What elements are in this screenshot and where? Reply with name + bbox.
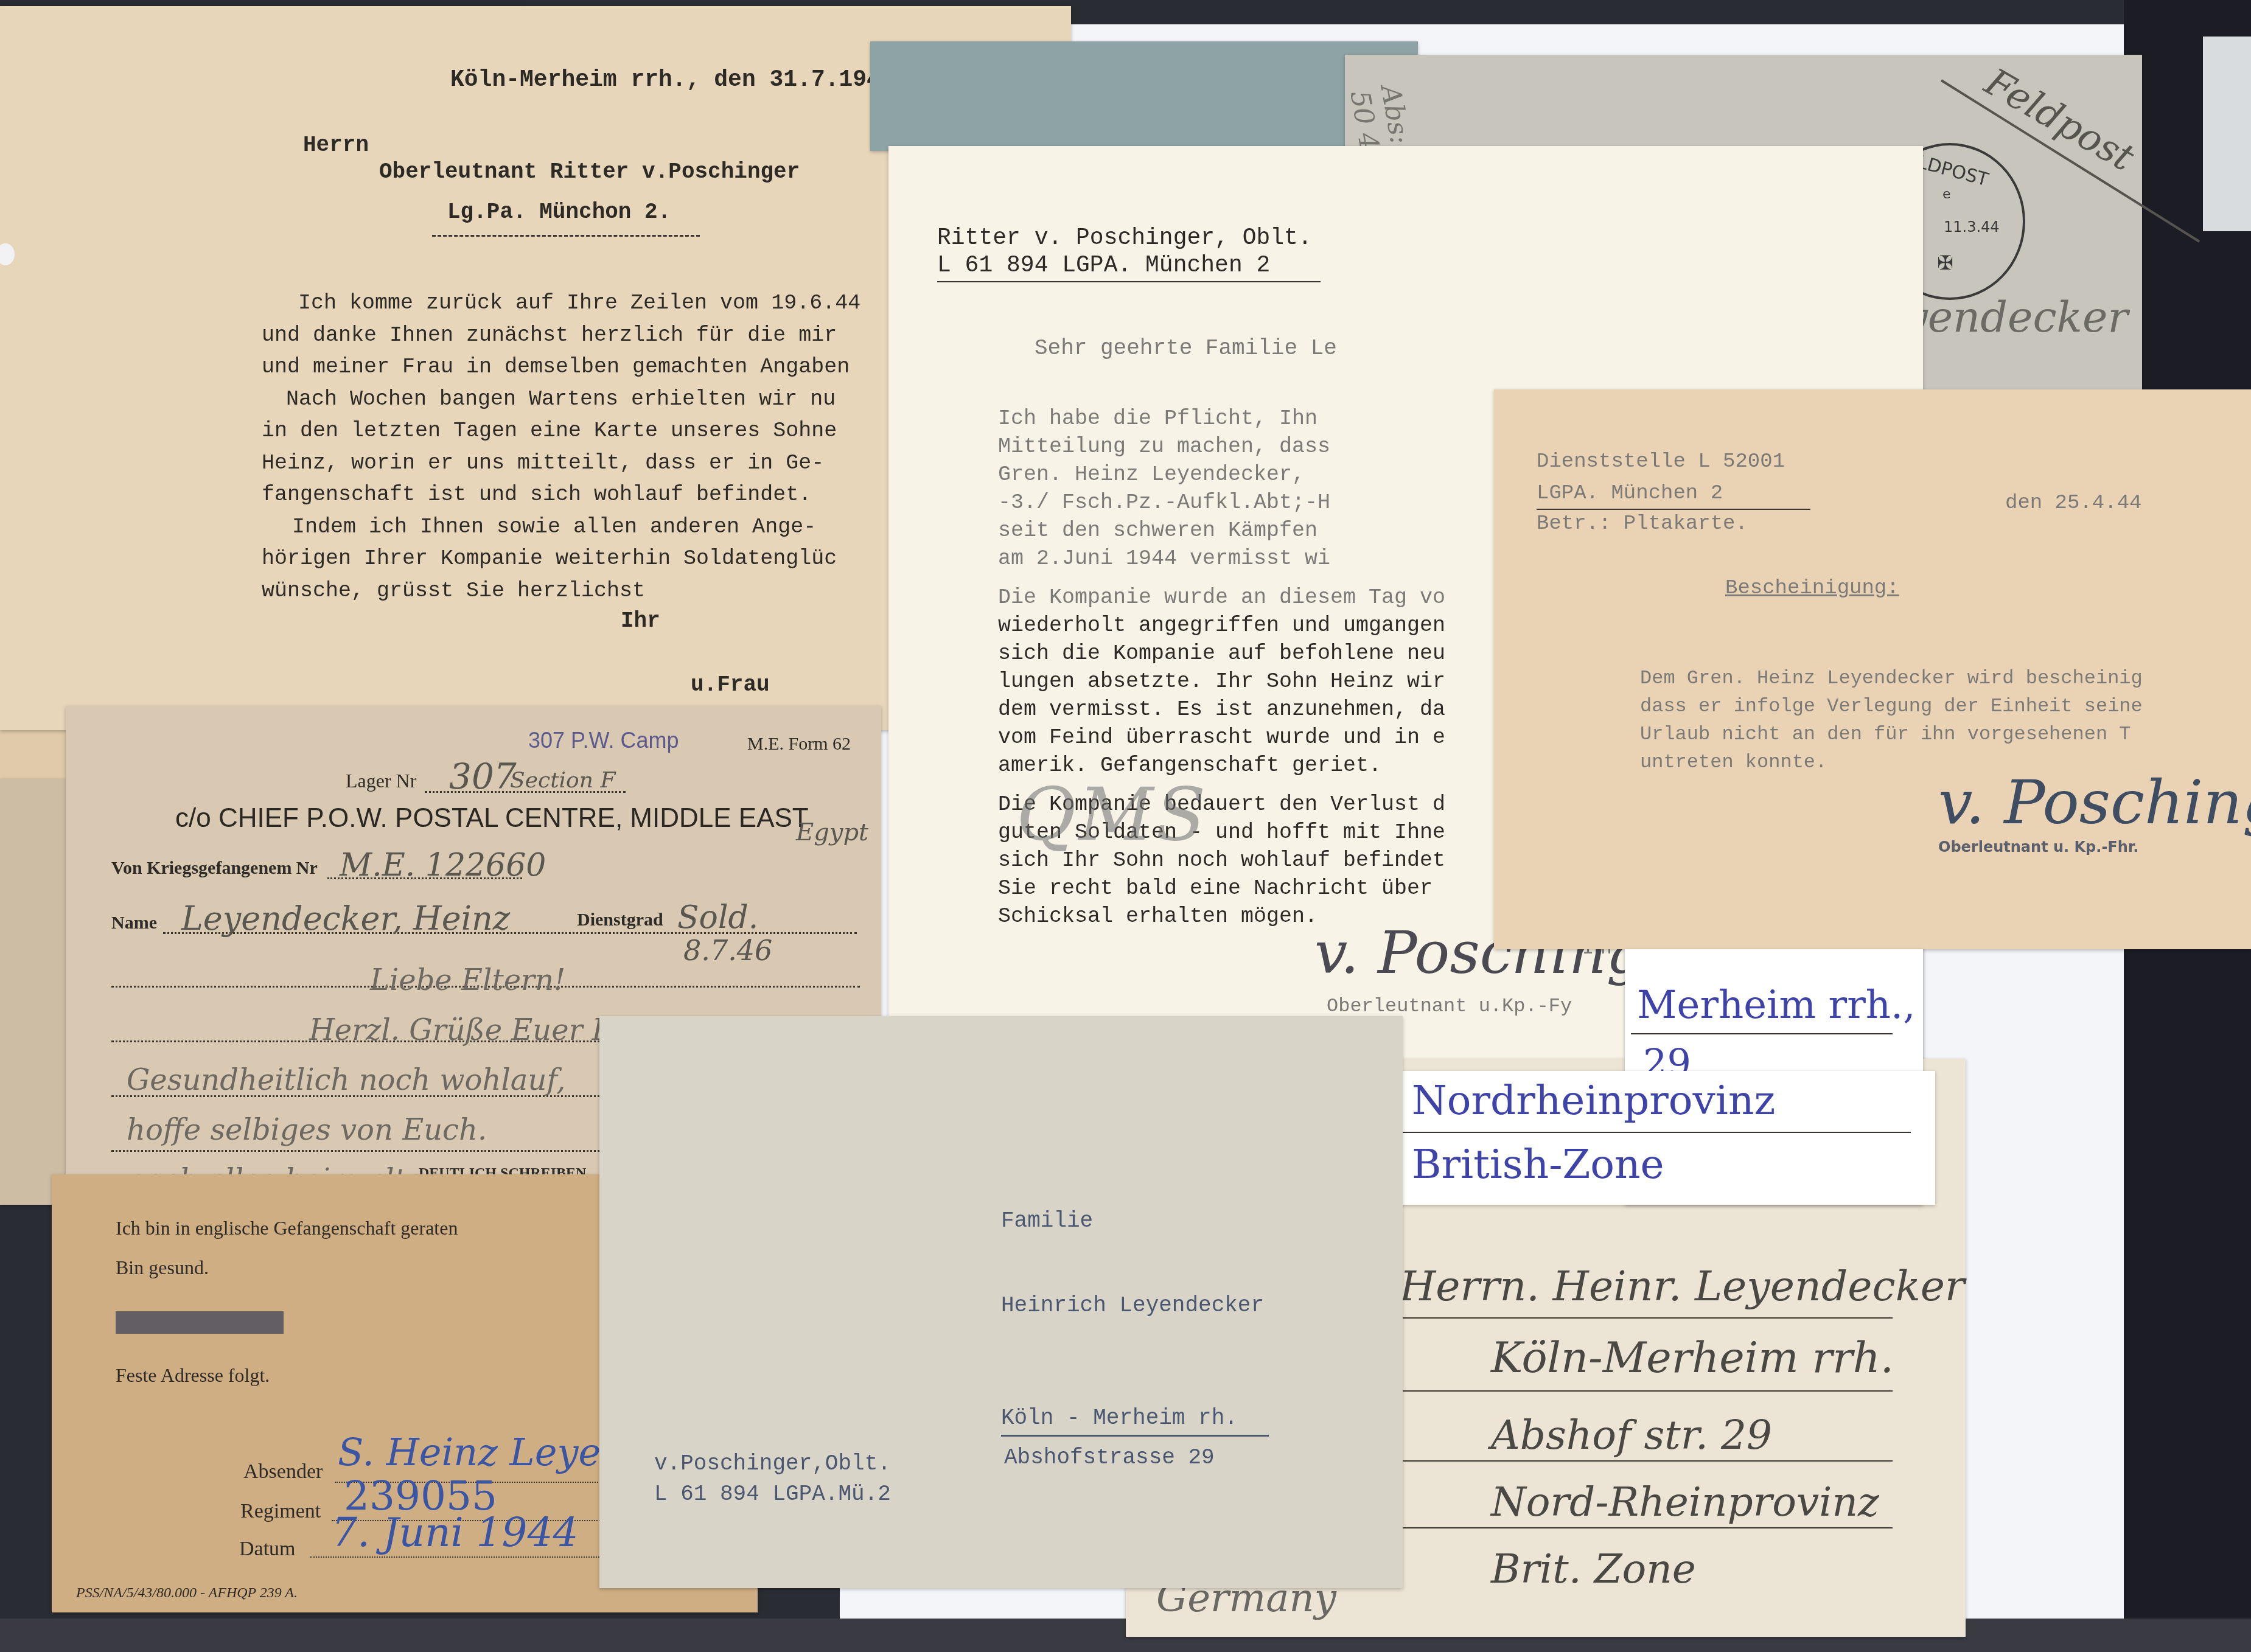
office-line-1: Dienststelle L 52001 — [1537, 450, 1785, 473]
card-line-1: Ich bin in englische Gefangenschaft gera… — [116, 1217, 458, 1239]
env-province: Nord-Rheinprovinz — [1491, 1479, 1879, 1525]
env-sender-1: v.Poschinger,Oblt. — [654, 1451, 891, 1476]
watermark: QMS — [1016, 773, 1208, 857]
address-label-lower: Nordrheinprovinz British-Zone — [1394, 1071, 1935, 1205]
card-line-2: Bin gesund. — [116, 1256, 209, 1279]
body-line: Heinz, worin er uns mitteilt, dass er in… — [262, 447, 860, 479]
postmark-date: 11.3.44 — [1944, 218, 2000, 235]
subject-line: Betr.: Pltakarte. — [1537, 512, 1748, 535]
body-line: Dem Gren. Heinz Leyendecker wird beschei… — [1640, 664, 2143, 692]
env-street: Abshofstrasse 29 — [1004, 1445, 1215, 1470]
env-street: Abshof str. 29 — [1491, 1412, 1772, 1459]
env-zone: Brit. Zone — [1491, 1546, 1696, 1592]
env-addressee: Herrn. Heinr. Leyendecker — [1400, 1263, 1965, 1311]
postal-centre: c/o CHIEF P.O.W. POSTAL CENTRE, MIDDLE E… — [175, 803, 809, 834]
name-value: Leyendecker, Heinz — [181, 899, 510, 938]
body-line: in den letzten Tagen eine Karte unseres … — [262, 415, 860, 447]
card-date: den 25.4.44 — [2005, 492, 2141, 515]
rank-label: Dienstgrad — [577, 910, 663, 930]
lager-value: 307 — [449, 756, 517, 797]
env-line-2: Heinrich Leyendecker — [1001, 1293, 1264, 1318]
pow-number-value: M.E. 122660 — [340, 847, 546, 884]
datum-label: Datum — [239, 1538, 296, 1561]
pow-card-under — [0, 779, 73, 1205]
body-line: Indem ich Ihnen sowie allen anderen Ange… — [262, 511, 860, 543]
body-line: Die Kompanie wurde an diesem Tag vo — [998, 584, 1445, 612]
body-line: fangenschaft ist und sich wohlauf befind… — [262, 479, 860, 511]
pow-number-label: Von Kriegsgefangenem Nr — [111, 858, 318, 879]
body-line: hörigen Ihrer Kompanie weiterhin Soldate… — [262, 543, 860, 575]
body-line: Gren. Heinz Leyendecker, — [998, 461, 1445, 489]
card-line-struck: Bin leicht verwundet. — [116, 1311, 284, 1334]
body-line: Ich komme zurück auf Ihre Zeilen vom 19.… — [262, 287, 860, 319]
body-line: Urlaub nicht an den für ihn vorgesehenen… — [1640, 720, 2143, 748]
familie-envelope: Familie Heinrich Leyendecker Köln - Merh… — [599, 1016, 1403, 1588]
name-label: Name — [111, 913, 157, 933]
card-body: Dem Gren. Heinz Leyendecker wird beschei… — [1640, 664, 2143, 776]
label-province: Nordrheinprovinz — [1412, 1077, 1775, 1124]
sender-line-1: Ritter v. Poschinger, Oblt. — [937, 225, 1312, 251]
body-line: Sie recht bald eine Nachricht über — [998, 874, 1445, 902]
env-city: Köln-Merheim rrh. — [1491, 1333, 1894, 1382]
regiment-label: Regiment — [240, 1500, 321, 1523]
env-line-1: Familie — [1001, 1208, 1093, 1233]
letter-salutation: Sehr geehrte Familie Le — [1035, 336, 1337, 361]
rank-stamp: Oberleutnant u. Kp.-Fhr. — [1938, 838, 2138, 856]
printer-code: PSS/NA/5/43/80.000 - AFHQP 239 A. — [76, 1585, 298, 1601]
section-note: Section F — [510, 768, 615, 793]
body-line: am 2.Juni 1944 vermisst wi — [998, 545, 1445, 573]
letter-body: Ich komme zurück auf Ihre Zeilen vom 19.… — [262, 287, 860, 607]
body-line: wiederholt angegriffen und umgangen — [998, 612, 1445, 640]
letter-closing: Ihr — [621, 608, 660, 633]
card-signature: v. Poschinger — [1938, 767, 2251, 838]
body-line: Mitteilung zu machen, dass — [998, 433, 1445, 461]
absender-label: Absender — [243, 1460, 323, 1483]
label-city: Merheim rrh., — [1637, 983, 1916, 1028]
letter-recipient-address: Lg.Pa. Münchon 2. — [447, 200, 671, 225]
label-zone: British-Zone — [1412, 1141, 1664, 1188]
body-line: lungen absetzte. Ihr Sohn Heinz wir — [998, 667, 1445, 695]
env-sender-2: L 61 894 LGPA.Mü.2 — [654, 1482, 891, 1507]
signature-title: Oberleutnant u.Kp.-Fy — [1327, 995, 1572, 1017]
punch-hole — [0, 243, 15, 265]
datum-value: 7. Juni 1944 — [332, 1509, 578, 1556]
body-line: und meiner Frau in demselben gemachten A… — [262, 351, 860, 383]
letter-recipient-name: Oberleutnant Ritter v.Poschinger — [379, 159, 800, 184]
card-title: Bescheinigung: — [1725, 577, 1899, 600]
body-line: seit den schweren Kämpfen — [998, 517, 1445, 545]
body-line: vom Feind überrascht wurde und in e — [998, 723, 1445, 751]
bescheinigung-card: Dienststelle L 52001 LGPA. München 2 Bet… — [1494, 389, 2251, 949]
card-date: 8.7.46 — [683, 934, 772, 967]
body-line: dem vermisst. Es ist anzunehmen, da — [998, 695, 1445, 723]
form-number: M.E. Form 62 — [747, 734, 851, 755]
letter-dateline: Köln-Merheim rrh., den 31.7.194 — [450, 67, 881, 93]
office-underline — [1537, 509, 1810, 510]
lager-label: Lager Nr — [346, 770, 416, 792]
sender-line-2: L 61 894 LGPA. München 2 — [937, 253, 1270, 279]
body-line: dass er infolge Verlegung der Einheit se… — [1640, 692, 2143, 720]
letter-salutation: Herrn — [303, 133, 369, 158]
postmark-letter: e — [1942, 187, 1951, 202]
body-line: wünsche, grüsst Sie herzlichst — [262, 575, 860, 607]
env-city: Köln - Merheim rh. — [1001, 1406, 1238, 1431]
body-line: Nach Wochen bangen Wartens erhielten wir… — [262, 383, 860, 416]
letter-closing-wife: u.Frau — [691, 672, 770, 697]
sender-underline — [937, 281, 1321, 282]
address-underline — [432, 235, 700, 237]
background-frame-panel — [2203, 37, 2251, 231]
message-line: Liebe Eltern! — [127, 955, 688, 1005]
rank-value: Sold. — [677, 899, 758, 936]
camp-stamp: 307 P.W. Camp — [528, 728, 679, 753]
body-line: Ich habe die Pflicht, Ihn — [998, 405, 1445, 433]
country-note: Egypt — [796, 818, 868, 846]
blue-envelope-strip — [870, 41, 1418, 151]
card-line-4: Feste Adresse folgt. — [116, 1364, 270, 1387]
office-line-2: LGPA. München 2 — [1537, 482, 1723, 505]
body-line: -3./ Fsch.Pz.-Aufkl.Abt;-H — [998, 489, 1445, 517]
body-line: und danke Ihnen zunächst herzlich für di… — [262, 319, 860, 352]
eagle-emblem-icon: ✠ — [1938, 246, 1953, 276]
body-line: sich die Kompanie auf befohlene neu — [998, 640, 1445, 667]
